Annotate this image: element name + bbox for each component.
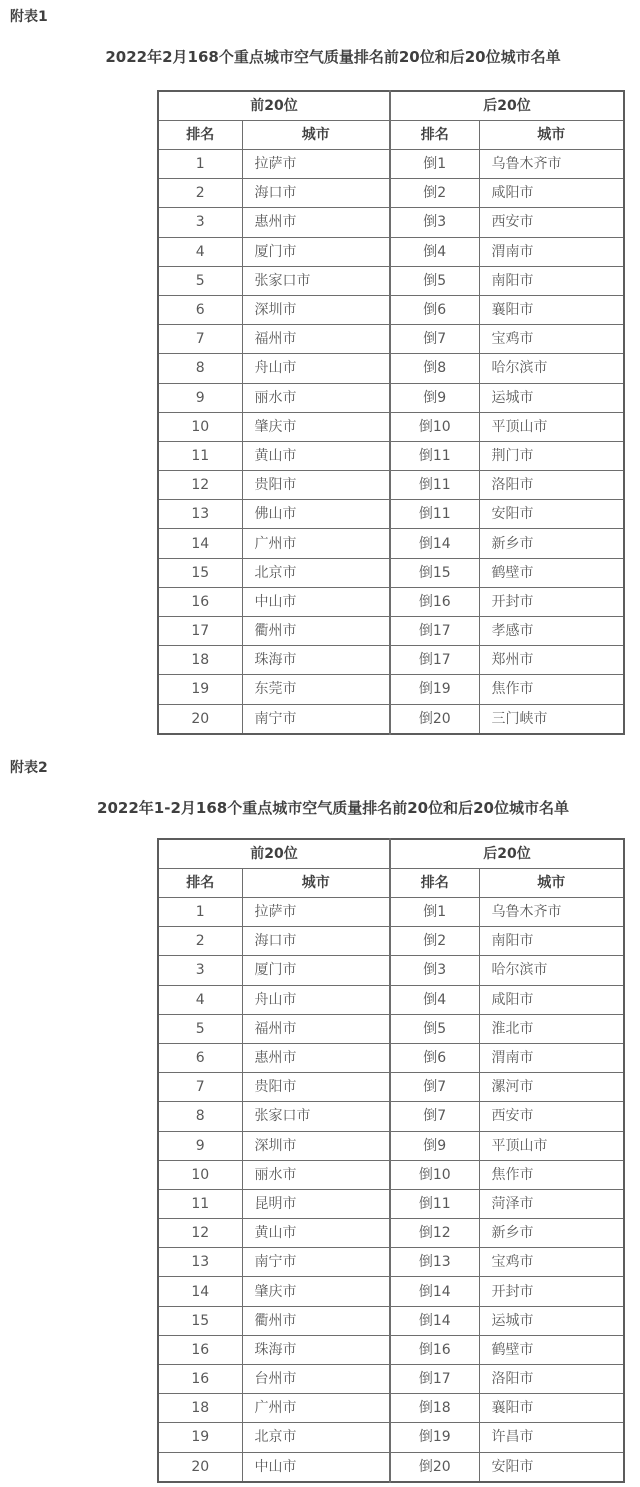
table-row: 19 北京市 倒19 许昌市 <box>158 1423 624 1452</box>
city-cell: 安阳市 <box>479 1452 624 1482</box>
city-cell: 海口市 <box>242 179 390 208</box>
reverse-rank-cell: 倒11 <box>390 500 479 529</box>
group-header-row: 前20位 后20位 <box>158 839 624 869</box>
table-row: 14 广州市 倒14 新乡市 <box>158 529 624 558</box>
table-row: 4 舟山市 倒4 咸阳市 <box>158 985 624 1014</box>
city-cell: 运城市 <box>479 383 624 412</box>
rank-cell: 11 <box>158 1189 242 1218</box>
table-row: 6 惠州市 倒6 渭南市 <box>158 1043 624 1072</box>
city-cell: 拉萨市 <box>242 150 390 179</box>
rank-cell: 20 <box>158 1452 242 1482</box>
city-cell: 西安市 <box>479 208 624 237</box>
city-cell: 南宁市 <box>242 1248 390 1277</box>
city-col-header: 城市 <box>479 121 624 150</box>
table1-title: 2022年2月168个重点城市空气质量排名前20位和后20位城市名单 <box>105 49 560 66</box>
city-cell: 焦作市 <box>479 675 624 704</box>
top20-group-header: 前20位 <box>158 839 390 869</box>
table-row: 18 珠海市 倒17 郑州市 <box>158 646 624 675</box>
city-cell: 深圳市 <box>242 1131 390 1160</box>
city-cell: 渭南市 <box>479 1043 624 1072</box>
reverse-rank-cell: 倒14 <box>390 529 479 558</box>
city-cell: 舟山市 <box>242 354 390 383</box>
city-cell: 北京市 <box>242 1423 390 1452</box>
city-cell: 张家口市 <box>242 266 390 295</box>
city-cell: 襄阳市 <box>479 1394 624 1423</box>
rank-cell: 12 <box>158 471 242 500</box>
group-header-row: 前20位 后20位 <box>158 91 624 121</box>
rank-cell: 1 <box>158 150 242 179</box>
city-cell: 襄阳市 <box>479 295 624 324</box>
city-cell: 平顶山市 <box>479 1131 624 1160</box>
city-cell: 贵阳市 <box>242 471 390 500</box>
table-row: 12 贵阳市 倒11 洛阳市 <box>158 471 624 500</box>
column-header-row: 排名 城市 排名 城市 <box>158 121 624 150</box>
rank-cell: 5 <box>158 1014 242 1043</box>
table-row: 10 丽水市 倒10 焦作市 <box>158 1160 624 1189</box>
city-cell: 福州市 <box>242 1014 390 1043</box>
city-col-header: 城市 <box>242 121 390 150</box>
city-cell: 咸阳市 <box>479 985 624 1014</box>
table-row: 12 黄山市 倒12 新乡市 <box>158 1219 624 1248</box>
city-cell: 南阳市 <box>479 266 624 295</box>
reverse-rank-cell: 倒10 <box>390 1160 479 1189</box>
table-row: 16 台州市 倒17 洛阳市 <box>158 1365 624 1394</box>
table-row: 6 深圳市 倒6 襄阳市 <box>158 295 624 324</box>
rank-cell: 16 <box>158 587 242 616</box>
rank-cell: 7 <box>158 1073 242 1102</box>
table2-title: 2022年1-2月168个重点城市空气质量排名前20位和后20位城市名单 <box>97 800 569 817</box>
city-cell: 开封市 <box>479 1277 624 1306</box>
rank-cell: 10 <box>158 412 242 441</box>
rank-cell: 7 <box>158 325 242 354</box>
rank-col-header: 排名 <box>390 121 479 150</box>
city-cell: 丽水市 <box>242 383 390 412</box>
city-cell: 珠海市 <box>242 1335 390 1364</box>
reverse-rank-cell: 倒7 <box>390 1102 479 1131</box>
rank-cell: 18 <box>158 1394 242 1423</box>
table-row: 9 丽水市 倒9 运城市 <box>158 383 624 412</box>
rank-cell: 8 <box>158 354 242 383</box>
reverse-rank-cell: 倒20 <box>390 704 479 734</box>
reverse-rank-cell: 倒14 <box>390 1277 479 1306</box>
table-row: 9 深圳市 倒9 平顶山市 <box>158 1131 624 1160</box>
table-row: 8 张家口市 倒7 西安市 <box>158 1102 624 1131</box>
reverse-rank-cell: 倒10 <box>390 412 479 441</box>
city-cell: 新乡市 <box>479 1219 624 1248</box>
city-cell: 广州市 <box>242 529 390 558</box>
table-row: 17 衢州市 倒17 孝感市 <box>158 617 624 646</box>
city-cell: 哈尔滨市 <box>479 354 624 383</box>
reverse-rank-cell: 倒6 <box>390 295 479 324</box>
rank-cell: 14 <box>158 1277 242 1306</box>
rank-cell: 6 <box>158 1043 242 1072</box>
title-wrap-2: 2022年1-2月168个重点城市空气质量排名前20位和后20位城市名单 <box>0 798 640 817</box>
rank-cell: 12 <box>158 1219 242 1248</box>
table-row: 5 张家口市 倒5 南阳市 <box>158 266 624 295</box>
table-row: 3 惠州市 倒3 西安市 <box>158 208 624 237</box>
city-cell: 宝鸡市 <box>479 1248 624 1277</box>
reverse-rank-cell: 倒15 <box>390 558 479 587</box>
reverse-rank-cell: 倒5 <box>390 1014 479 1043</box>
rank-cell: 3 <box>158 956 242 985</box>
table-row: 7 福州市 倒7 宝鸡市 <box>158 325 624 354</box>
reverse-rank-cell: 倒18 <box>390 1394 479 1423</box>
title-wrap-1: 2022年2月168个重点城市空气质量排名前20位和后20位城市名单 <box>0 47 640 66</box>
rank-cell: 2 <box>158 927 242 956</box>
table-row: 19 东莞市 倒19 焦作市 <box>158 675 624 704</box>
rank-cell: 16 <box>158 1335 242 1364</box>
table-row: 13 佛山市 倒11 安阳市 <box>158 500 624 529</box>
table-row: 8 舟山市 倒8 哈尔滨市 <box>158 354 624 383</box>
rank-cell: 10 <box>158 1160 242 1189</box>
table-row: 1 拉萨市 倒1 乌鲁木齐市 <box>158 898 624 927</box>
air-quality-table-feb: 前20位 后20位 排名 城市 排名 城市 1 拉萨市 倒1 乌鲁木 <box>157 90 625 735</box>
city-cell: 黄山市 <box>242 1219 390 1248</box>
reverse-rank-cell: 倒17 <box>390 617 479 646</box>
table-row: 4 厦门市 倒4 渭南市 <box>158 237 624 266</box>
reverse-rank-cell: 倒11 <box>390 441 479 470</box>
reverse-rank-cell: 倒5 <box>390 266 479 295</box>
rank-cell: 8 <box>158 1102 242 1131</box>
section-appendix-table-1: 附表1 2022年2月168个重点城市空气质量排名前20位和后20位城市名单 前… <box>0 8 640 735</box>
city-cell: 衢州市 <box>242 617 390 646</box>
city-cell: 哈尔滨市 <box>479 956 624 985</box>
top20-group-header: 前20位 <box>158 91 390 121</box>
city-cell: 安阳市 <box>479 500 624 529</box>
rank-cell: 11 <box>158 441 242 470</box>
table2-body: 1 拉萨市 倒1 乌鲁木齐市 2 海口市 倒2 南阳市 3 <box>158 898 624 1483</box>
reverse-rank-cell: 倒2 <box>390 927 479 956</box>
page: 附表1 2022年2月168个重点城市空气质量排名前20位和后20位城市名单 前… <box>0 8 640 1483</box>
reverse-rank-cell: 倒12 <box>390 1219 479 1248</box>
appendix-label-2: 附表2 <box>10 759 640 777</box>
city-cell: 淮北市 <box>479 1014 624 1043</box>
table-row: 18 广州市 倒18 襄阳市 <box>158 1394 624 1423</box>
table-row: 16 中山市 倒16 开封市 <box>158 587 624 616</box>
rank-col-header: 排名 <box>390 869 479 898</box>
reverse-rank-cell: 倒8 <box>390 354 479 383</box>
reverse-rank-cell: 倒1 <box>390 898 479 927</box>
table1-body: 1 拉萨市 倒1 乌鲁木齐市 2 海口市 倒2 咸阳市 3 <box>158 150 624 735</box>
rank-cell: 15 <box>158 558 242 587</box>
city-cell: 珠海市 <box>242 646 390 675</box>
bottom20-group-header: 后20位 <box>390 91 624 121</box>
city-cell: 洛阳市 <box>479 1365 624 1394</box>
rank-cell: 9 <box>158 383 242 412</box>
table-row: 7 贵阳市 倒7 漯河市 <box>158 1073 624 1102</box>
bottom20-group-header: 后20位 <box>390 839 624 869</box>
reverse-rank-cell: 倒13 <box>390 1248 479 1277</box>
reverse-rank-cell: 倒3 <box>390 956 479 985</box>
table-row: 16 珠海市 倒16 鹤壁市 <box>158 1335 624 1364</box>
section-appendix-table-2: 附表2 2022年1-2月168个重点城市空气质量排名前20位和后20位城市名单… <box>0 759 640 1483</box>
rank-cell: 17 <box>158 617 242 646</box>
reverse-rank-cell: 倒9 <box>390 383 479 412</box>
rank-cell: 2 <box>158 179 242 208</box>
reverse-rank-cell: 倒7 <box>390 1073 479 1102</box>
reverse-rank-cell: 倒17 <box>390 1365 479 1394</box>
reverse-rank-cell: 倒4 <box>390 237 479 266</box>
table-row: 10 肇庆市 倒10 平顶山市 <box>158 412 624 441</box>
city-cell: 咸阳市 <box>479 179 624 208</box>
reverse-rank-cell: 倒20 <box>390 1452 479 1482</box>
city-cell: 平顶山市 <box>479 412 624 441</box>
city-cell: 衢州市 <box>242 1306 390 1335</box>
reverse-rank-cell: 倒7 <box>390 325 479 354</box>
city-cell: 舟山市 <box>242 985 390 1014</box>
city-cell: 东莞市 <box>242 675 390 704</box>
table-row: 11 昆明市 倒11 菏泽市 <box>158 1189 624 1218</box>
rank-cell: 3 <box>158 208 242 237</box>
city-cell: 台州市 <box>242 1365 390 1394</box>
city-cell: 漯河市 <box>479 1073 624 1102</box>
city-cell: 广州市 <box>242 1394 390 1423</box>
city-cell: 南宁市 <box>242 704 390 734</box>
city-cell: 厦门市 <box>242 237 390 266</box>
reverse-rank-cell: 倒3 <box>390 208 479 237</box>
city-cell: 佛山市 <box>242 500 390 529</box>
rank-cell: 15 <box>158 1306 242 1335</box>
appendix-label-1: 附表1 <box>10 8 640 26</box>
reverse-rank-cell: 倒11 <box>390 1189 479 1218</box>
rank-cell: 1 <box>158 898 242 927</box>
city-col-header: 城市 <box>479 869 624 898</box>
city-cell: 三门峡市 <box>479 704 624 734</box>
city-cell: 中山市 <box>242 1452 390 1482</box>
reverse-rank-cell: 倒1 <box>390 150 479 179</box>
column-header-row: 排名 城市 排名 城市 <box>158 869 624 898</box>
city-cell: 鹤壁市 <box>479 558 624 587</box>
city-cell: 丽水市 <box>242 1160 390 1189</box>
table-row: 3 厦门市 倒3 哈尔滨市 <box>158 956 624 985</box>
reverse-rank-cell: 倒17 <box>390 646 479 675</box>
rank-cell: 4 <box>158 237 242 266</box>
reverse-rank-cell: 倒4 <box>390 985 479 1014</box>
city-cell: 荆门市 <box>479 441 624 470</box>
rank-col-header: 排名 <box>158 121 242 150</box>
city-cell: 厦门市 <box>242 956 390 985</box>
city-cell: 肇庆市 <box>242 412 390 441</box>
table-row: 20 中山市 倒20 安阳市 <box>158 1452 624 1482</box>
city-col-header: 城市 <box>242 869 390 898</box>
table-row: 15 衢州市 倒14 运城市 <box>158 1306 624 1335</box>
rank-cell: 18 <box>158 646 242 675</box>
city-cell: 中山市 <box>242 587 390 616</box>
reverse-rank-cell: 倒19 <box>390 1423 479 1452</box>
rank-cell: 20 <box>158 704 242 734</box>
rank-cell: 13 <box>158 1248 242 1277</box>
reverse-rank-cell: 倒11 <box>390 471 479 500</box>
air-quality-table-jan-feb: 前20位 后20位 排名 城市 排名 城市 1 拉萨市 倒1 乌鲁木 <box>157 838 625 1483</box>
city-cell: 菏泽市 <box>479 1189 624 1218</box>
city-cell: 海口市 <box>242 927 390 956</box>
rank-cell: 4 <box>158 985 242 1014</box>
rank-col-header: 排名 <box>158 869 242 898</box>
table-row: 15 北京市 倒15 鹤壁市 <box>158 558 624 587</box>
city-cell: 洛阳市 <box>479 471 624 500</box>
table-row: 1 拉萨市 倒1 乌鲁木齐市 <box>158 150 624 179</box>
rank-cell: 5 <box>158 266 242 295</box>
reverse-rank-cell: 倒6 <box>390 1043 479 1072</box>
city-cell: 鹤壁市 <box>479 1335 624 1364</box>
rank-cell: 6 <box>158 295 242 324</box>
table-row: 20 南宁市 倒20 三门峡市 <box>158 704 624 734</box>
city-cell: 郑州市 <box>479 646 624 675</box>
city-cell: 南阳市 <box>479 927 624 956</box>
rank-cell: 16 <box>158 1365 242 1394</box>
reverse-rank-cell: 倒2 <box>390 179 479 208</box>
city-cell: 西安市 <box>479 1102 624 1131</box>
city-cell: 深圳市 <box>242 295 390 324</box>
reverse-rank-cell: 倒16 <box>390 1335 479 1364</box>
city-cell: 福州市 <box>242 325 390 354</box>
city-cell: 惠州市 <box>242 1043 390 1072</box>
table-row: 5 福州市 倒5 淮北市 <box>158 1014 624 1043</box>
rank-cell: 13 <box>158 500 242 529</box>
city-cell: 孝感市 <box>479 617 624 646</box>
reverse-rank-cell: 倒16 <box>390 587 479 616</box>
reverse-rank-cell: 倒14 <box>390 1306 479 1335</box>
city-cell: 新乡市 <box>479 529 624 558</box>
city-cell: 惠州市 <box>242 208 390 237</box>
reverse-rank-cell: 倒9 <box>390 1131 479 1160</box>
city-cell: 焦作市 <box>479 1160 624 1189</box>
city-cell: 肇庆市 <box>242 1277 390 1306</box>
rank-cell: 9 <box>158 1131 242 1160</box>
rank-cell: 19 <box>158 1423 242 1452</box>
city-cell: 昆明市 <box>242 1189 390 1218</box>
city-cell: 许昌市 <box>479 1423 624 1452</box>
city-cell: 贵阳市 <box>242 1073 390 1102</box>
reverse-rank-cell: 倒19 <box>390 675 479 704</box>
table-row: 11 黄山市 倒11 荆门市 <box>158 441 624 470</box>
rank-cell: 14 <box>158 529 242 558</box>
city-cell: 拉萨市 <box>242 898 390 927</box>
city-cell: 乌鲁木齐市 <box>479 150 624 179</box>
city-cell: 开封市 <box>479 587 624 616</box>
city-cell: 渭南市 <box>479 237 624 266</box>
city-cell: 黄山市 <box>242 441 390 470</box>
city-cell: 张家口市 <box>242 1102 390 1131</box>
table-row: 13 南宁市 倒13 宝鸡市 <box>158 1248 624 1277</box>
table-row: 2 海口市 倒2 南阳市 <box>158 927 624 956</box>
city-cell: 运城市 <box>479 1306 624 1335</box>
rank-cell: 19 <box>158 675 242 704</box>
table-row: 2 海口市 倒2 咸阳市 <box>158 179 624 208</box>
table-row: 14 肇庆市 倒14 开封市 <box>158 1277 624 1306</box>
city-cell: 乌鲁木齐市 <box>479 898 624 927</box>
city-cell: 宝鸡市 <box>479 325 624 354</box>
city-cell: 北京市 <box>242 558 390 587</box>
